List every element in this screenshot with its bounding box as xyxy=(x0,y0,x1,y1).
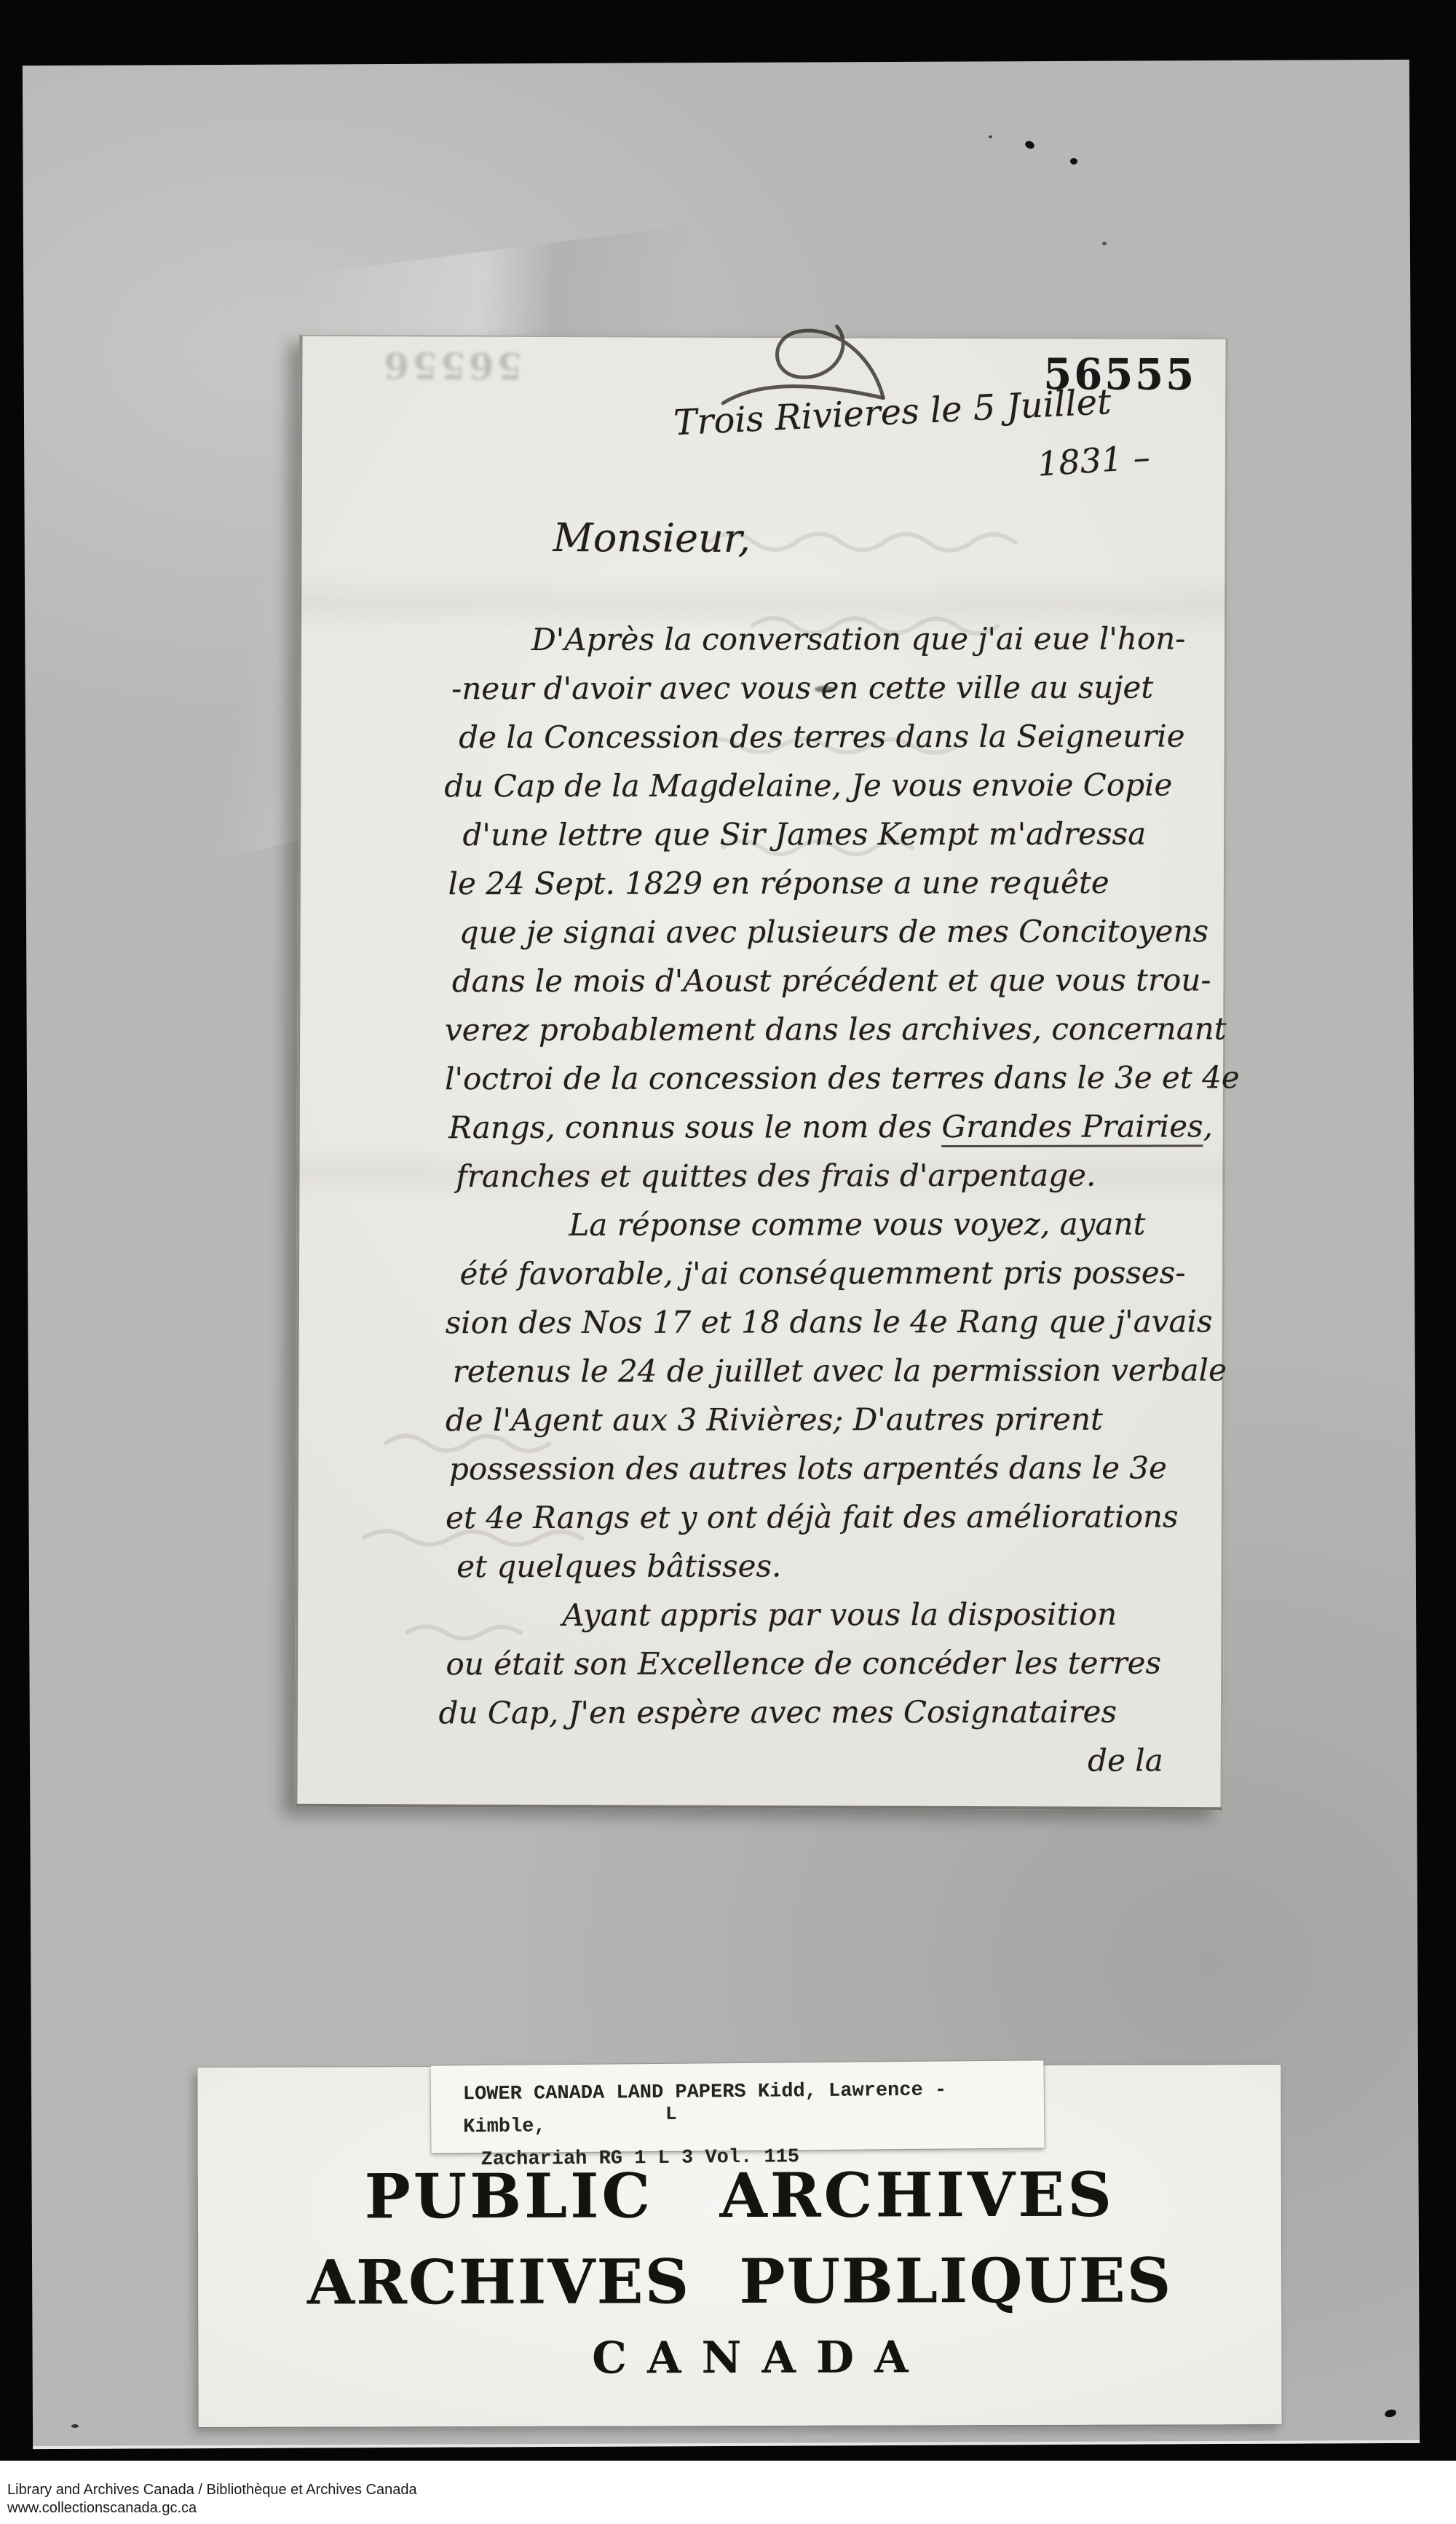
dateline-year: 1831 – xyxy=(1036,438,1151,484)
letter-line: du Cap de la Magdelaine, Je vous envoie … xyxy=(444,760,1201,810)
letter-line: sion des Nos 17 et 18 dans le 4e Rang qu… xyxy=(446,1297,1203,1347)
letter-line: de l'Agent aux 3 Rivières; D'autres prir… xyxy=(446,1394,1203,1444)
letter-line: du Cap, J'en espère avec mes Cosignatair… xyxy=(439,1687,1203,1737)
ghost-folio-number: 56556 xyxy=(381,344,522,387)
typewriter-stray-character: L xyxy=(665,2103,677,2125)
salutation: Monsieur, xyxy=(553,515,751,561)
letter-line: et quelques bâtisses. xyxy=(456,1540,1203,1591)
card-title-french: ARCHIVES PUBLIQUES xyxy=(198,2244,1281,2319)
archival-reference-label: LOWER CANADA LAND PAPERS Kidd, Lawrence … xyxy=(430,2060,1044,2153)
letter-line: Ayant appris par vous la disposition xyxy=(562,1589,1203,1639)
dust-speck xyxy=(71,2424,79,2428)
letter-line: été favorable, j'ai conséquemment pris p… xyxy=(460,1248,1203,1298)
letter-line: retenus le 24 de juillet avec la permiss… xyxy=(453,1345,1203,1396)
letter-line: La réponse comme vous voyez, ayant xyxy=(569,1199,1202,1249)
label-line-2: Zachariah RG 1 L 3 Vol. 115 xyxy=(463,2140,1024,2177)
footer-line-2: www.collectionscanada.gc.ca xyxy=(7,2499,417,2517)
label-text: LOWER CANADA LAND PAPERS Kidd, Lawrence … xyxy=(463,2074,1024,2177)
dust-speck xyxy=(1102,242,1107,245)
catchword: de la xyxy=(446,1736,1203,1786)
letter-body: D'Après la conversation que j'ai eue l'h… xyxy=(444,614,1203,1786)
letter-line-pre: Rangs, connus sous le nom des xyxy=(448,1109,941,1145)
letter-line-underlined: Rangs, connus sous le nom des Grandes Pr… xyxy=(448,1101,1202,1152)
scanned-archive-document: { "letter": { "stamp_number": "56555", "… xyxy=(0,0,1456,2524)
lac-footer-strip: Library and Archives Canada / Bibliothèq… xyxy=(0,2461,1456,2524)
letter-line: verez probablement dans les archives, co… xyxy=(445,1004,1202,1054)
underlined-place-name: Grandes Prairies xyxy=(941,1108,1203,1147)
letter-line: ou était son Excellence de concéder les … xyxy=(446,1638,1203,1688)
letter-line: de la Concession des terres dans la Seig… xyxy=(459,711,1201,761)
letter-line: D'Après la conversation que j'ai eue l'h… xyxy=(531,614,1201,664)
letter-line: -neur d'avoir avec vous en cette ville a… xyxy=(451,662,1201,713)
dust-speck xyxy=(989,135,992,138)
footer-line-1: Library and Archives Canada / Bibliothèq… xyxy=(7,2481,417,2499)
card-title-canada: CANADA xyxy=(198,2331,1302,2385)
label-line-1: LOWER CANADA LAND PAPERS Kidd, Lawrence … xyxy=(463,2079,947,2138)
letter-line: d'une lettre que Sir James Kempt m'adres… xyxy=(462,809,1201,859)
letter-line: et 4e Rangs et y ont déjà fait des améli… xyxy=(446,1492,1203,1542)
letter-line: dans le mois d'Aoust précédent et que vo… xyxy=(452,955,1202,1005)
letter-line: le 24 Sept. 1829 en réponse a une requêt… xyxy=(448,858,1202,908)
letter-line-post: , xyxy=(1203,1108,1213,1144)
letter-line: franches et quittes des frais d'arpentag… xyxy=(456,1150,1202,1200)
footer-text: Library and Archives Canada / Bibliothèq… xyxy=(7,2481,417,2517)
dust-speck xyxy=(1070,158,1077,165)
letter-line: que je signai avec plusieurs de mes Conc… xyxy=(459,906,1202,957)
letter-page: 56556 56555 Trois Rivieres le 5 Juillet … xyxy=(294,335,1227,1810)
letter-line: possession des autres lots arpentés dans… xyxy=(449,1443,1203,1493)
letter-line: l'octroi de la concession des terres dan… xyxy=(445,1053,1202,1103)
